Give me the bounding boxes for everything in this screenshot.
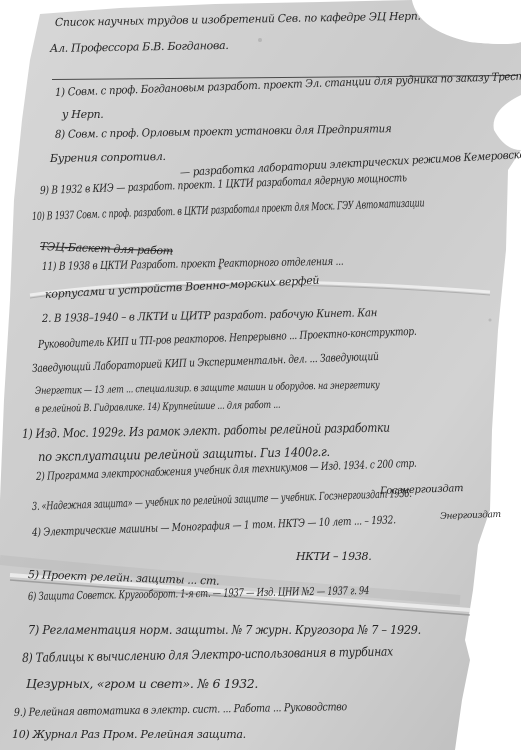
item-1-cont: у Нерп. [62, 108, 104, 121]
pub-10: 10) Журнал Раз Пром. Релейная защита. [12, 728, 246, 741]
pub-8-cont: Цезурных, «гром и свет». № 6 1932. [26, 676, 258, 691]
pub-5-note: НКТИ – 1938. [296, 550, 371, 563]
pub-4-note: Энергоиздат [440, 510, 501, 522]
item-8-cont: Бурения сопротивл. [50, 150, 166, 165]
pub-7: 7) Регламентация норм. защиты. № 7 журн.… [28, 622, 421, 637]
document-page: Список научных трудов и изобретений Сев.… [0, 0, 521, 750]
